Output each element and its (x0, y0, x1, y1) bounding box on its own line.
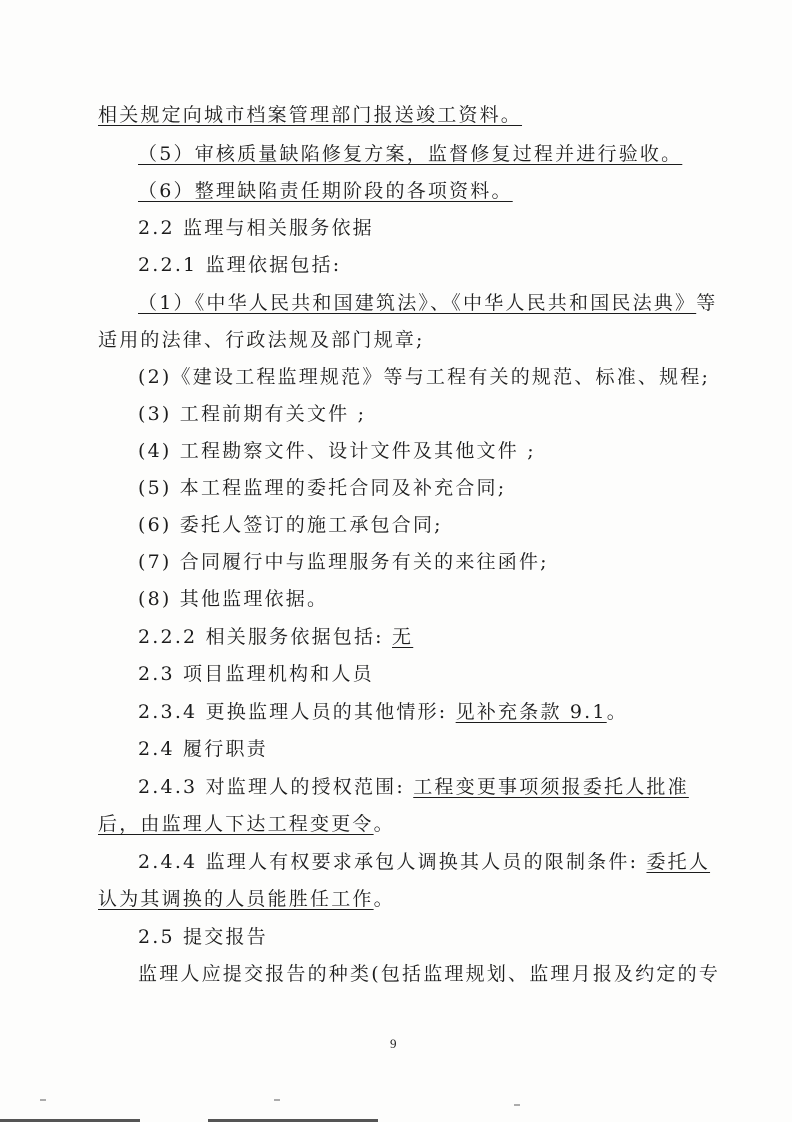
basis-item-4: (4) 工程勘察文件、设计文件及其他文件 ; (138, 439, 536, 463)
section-2-5-body: 监理人应提交报告的种类(包括监理规划、监理月报及约定的专 (138, 962, 720, 986)
basis-item-2: (2)《建设工程监理规范》等与工程有关的规范、标准、规程; (138, 365, 710, 389)
basis-item-3: (3) 工程前期有关文件 ; (138, 402, 366, 426)
heading-text: 2.2 监理与相关服务依据 (138, 217, 374, 239)
underlined-text: 无 (392, 626, 413, 648)
underlined-text: 见补充条款 9.1 (456, 701, 607, 723)
underlined-text: （6）整理缺陷责任期阶段的各项资料。 (138, 180, 513, 202)
plain-text: 2.4.4 监理人有权要求承包人调换其人员的限制条件: (138, 851, 646, 873)
section-heading-2-2: 2.2 监理与相关服务依据 (138, 216, 374, 240)
underlined-text: （5）审核质量缺陷修复方案，监督修复过程并进行验收。 (138, 143, 682, 165)
underlined-text: （1）《中华人民共和国建筑法》、《中华人民共和国民法典》 (138, 292, 696, 314)
section-heading-2-2-1: 2.2.1 监理依据包括: (138, 253, 341, 277)
plain-text: (4) 工程勘察文件、设计文件及其他文件 ; (138, 440, 536, 462)
basis-item-1: （1）《中华人民共和国建筑法》、《中华人民共和国民法典》等 (138, 291, 717, 315)
basis-item-5: (5) 本工程监理的委托合同及补充合同; (138, 476, 506, 500)
heading-text: 2.3 项目监理机构和人员 (138, 663, 374, 685)
plain-text: 等 (696, 292, 717, 314)
plain-text: 。 (607, 701, 628, 723)
section-2-4-4: 2.4.4 监理人有权要求承包人调换其人员的限制条件: 委托人 (138, 850, 710, 874)
plain-text: 适用的法律、行政法规及部门规章; (98, 329, 425, 351)
scan-artifact (514, 1104, 520, 1106)
underlined-text: 后，由监理人下达工程变更令 (98, 813, 374, 835)
heading-text: 2.5 提交报告 (138, 926, 268, 948)
section-2-3-4: 2.3.4 更换监理人员的其他情形: 见补充条款 9.1。 (138, 700, 628, 724)
plain-text: (3) 工程前期有关文件 ; (138, 403, 366, 425)
plain-text: (8) 其他监理依据。 (138, 588, 328, 610)
section-heading-2-5: 2.5 提交报告 (138, 925, 268, 949)
plain-text: (5) 本工程监理的委托合同及补充合同; (138, 477, 506, 499)
basis-item-7: (7) 合同履行中与监理服务有关的来往函件; (138, 550, 549, 574)
scan-artifact (40, 1099, 46, 1101)
plain-text: 2.2.2 相关服务依据包括: (138, 626, 392, 648)
text-line-archive-submission: 相关规定向城市档案管理部门报送竣工资料。 (98, 103, 522, 127)
plain-text: 。 (374, 888, 395, 910)
list-item-5-defect-repair: （5）审核质量缺陷修复方案，监督修复过程并进行验收。 (138, 142, 682, 166)
page-number: 9 (390, 1036, 397, 1052)
underlined-text: 认为其调换的人员能胜任工作 (98, 888, 374, 910)
underlined-text: 工程变更事项须报委托人批准 (413, 776, 689, 798)
section-heading-2-4: 2.4 履行职责 (138, 737, 268, 761)
section-2-4-4-continued: 认为其调换的人员能胜任工作。 (98, 887, 395, 911)
basis-item-6: (6) 委托人签订的施工承包合同; (138, 513, 443, 537)
section-2-4-3: 2.4.3 对监理人的授权范围: 工程变更事项须报委托人批准 (138, 775, 689, 799)
underlined-text: 相关规定向城市档案管理部门报送竣工资料。 (98, 104, 522, 126)
list-item-6-organize-records: （6）整理缺陷责任期阶段的各项资料。 (138, 179, 513, 203)
plain-text: 2.4.3 对监理人的授权范围: (138, 776, 413, 798)
heading-text: 2.4 履行职责 (138, 738, 268, 760)
scan-artifact (274, 1099, 280, 1101)
plain-text: (7) 合同履行中与监理服务有关的来往函件; (138, 551, 549, 573)
underlined-text: 委托人 (646, 851, 710, 873)
heading-text: 2.2.1 监理依据包括: (138, 254, 341, 276)
document-page: 相关规定向城市档案管理部门报送竣工资料。 （5）审核质量缺陷修复方案，监督修复过… (0, 0, 792, 1122)
section-2-4-3-continued: 后，由监理人下达工程变更令。 (98, 812, 395, 836)
plain-text: (6) 委托人签订的施工承包合同; (138, 514, 443, 536)
plain-text: 2.3.4 更换监理人员的其他情形: (138, 701, 456, 723)
plain-text: 。 (374, 813, 395, 835)
basis-item-1-continued: 适用的法律、行政法规及部门规章; (98, 328, 425, 352)
plain-text: (2)《建设工程监理规范》等与工程有关的规范、标准、规程; (138, 366, 710, 388)
plain-text: 监理人应提交报告的种类(包括监理规划、监理月报及约定的专 (138, 963, 720, 985)
section-heading-2-3: 2.3 项目监理机构和人员 (138, 662, 374, 686)
section-2-2-2: 2.2.2 相关服务依据包括: 无 (138, 625, 413, 649)
basis-item-8: (8) 其他监理依据。 (138, 587, 328, 611)
